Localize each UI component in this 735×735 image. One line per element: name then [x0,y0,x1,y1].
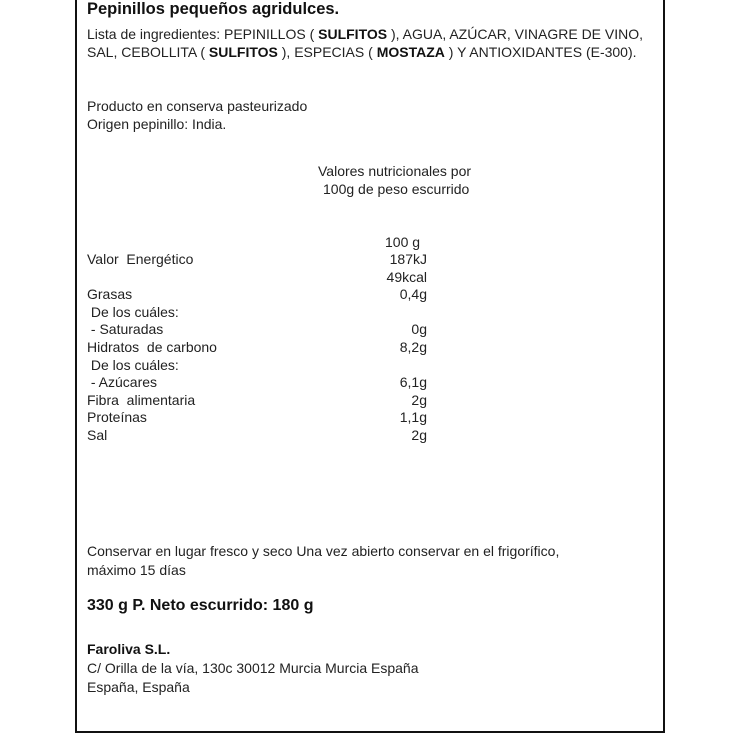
nutrient-value: 2g [411,391,427,409]
nutrient-name: Proteínas [87,408,147,426]
nutrient-name: De los cuáles: [87,303,179,321]
allergen-mostaza: MOSTAZA [377,44,445,60]
manufacturer-country: España, España [87,678,190,696]
nutrient-value: 49kcal [387,268,427,286]
product-title: Pepinillos pequeños agridulces. [87,0,339,19]
nutrient-name: Fibra alimentaria [87,391,195,409]
manufacturer-name: Faroliva S.L. [87,640,170,658]
nutrient-name: Hidratos de carbono [87,338,217,356]
preservation-note: Producto en conserva pasteurizado [87,97,307,115]
nutrient-value: 2g [411,426,427,444]
storage-line2: máximo 15 días [87,561,186,579]
origin-note: Origen pepinillo: India. [87,115,226,133]
storage-line1: Conservar en lugar fresco y seco Una vez… [87,542,559,560]
nutrient-value: 0,4g [400,285,427,303]
net-weight: 330 g P. Neto escurrido: 180 g [87,597,313,615]
nutrition-row: De los cuáles: [87,356,427,374]
nutrition-row: Sal2g [87,426,427,444]
nutrition-row: Valor Energético187kJ [87,250,427,268]
ingredients-list: Lista de ingredientes: PEPINILLOS ( SULF… [87,25,647,61]
nutrient-name: Valor Energético [87,250,193,268]
nutrient-name: Sal [87,426,107,444]
nutrition-row: Grasas0,4g [87,285,427,303]
nutrient-value: 1,1g [400,408,427,426]
nutrient-value: 8,2g [400,338,427,356]
allergen-sulfitos: SULFITOS [209,44,278,60]
nutrition-row: Proteínas1,1g [87,408,427,426]
nutrition-row: Fibra alimentaria2g [87,391,427,409]
ingredients-text: Lista de ingredientes: PEPINILLOS ( [87,26,318,42]
nutrition-column-header: 100 g [385,233,420,251]
ingredients-text: ), ESPECIAS ( [278,44,377,60]
product-label: Pepinillos pequeños agridulces. Lista de… [75,0,665,733]
nutrient-name: - Saturadas [87,320,163,338]
allergen-sulfitos: SULFITOS [318,26,387,42]
nutrient-value: 6,1g [400,373,427,391]
manufacturer-address: C/ Orilla de la vía, 130c 30012 Murcia M… [87,659,419,677]
nutrition-row: 49kcal [87,268,427,286]
nutrient-name: - Azúcares [87,373,157,391]
nutrition-row: De los cuáles: [87,303,427,321]
nutrition-header-line2: 100g de peso escurrido [323,180,469,198]
ingredients-text: ) Y ANTIOXIDANTES (E-300). [445,44,637,60]
nutrition-row: Hidratos de carbono8,2g [87,338,427,356]
nutrition-row: - Saturadas0g [87,320,427,338]
nutrient-value: 0g [411,320,427,338]
nutrient-value: 187kJ [390,250,427,268]
nutrient-name: Grasas [87,285,132,303]
nutrient-name: De los cuáles: [87,356,179,374]
nutrition-header-line1: Valores nutricionales por [318,162,471,180]
nutrition-row: - Azúcares6,1g [87,373,427,391]
